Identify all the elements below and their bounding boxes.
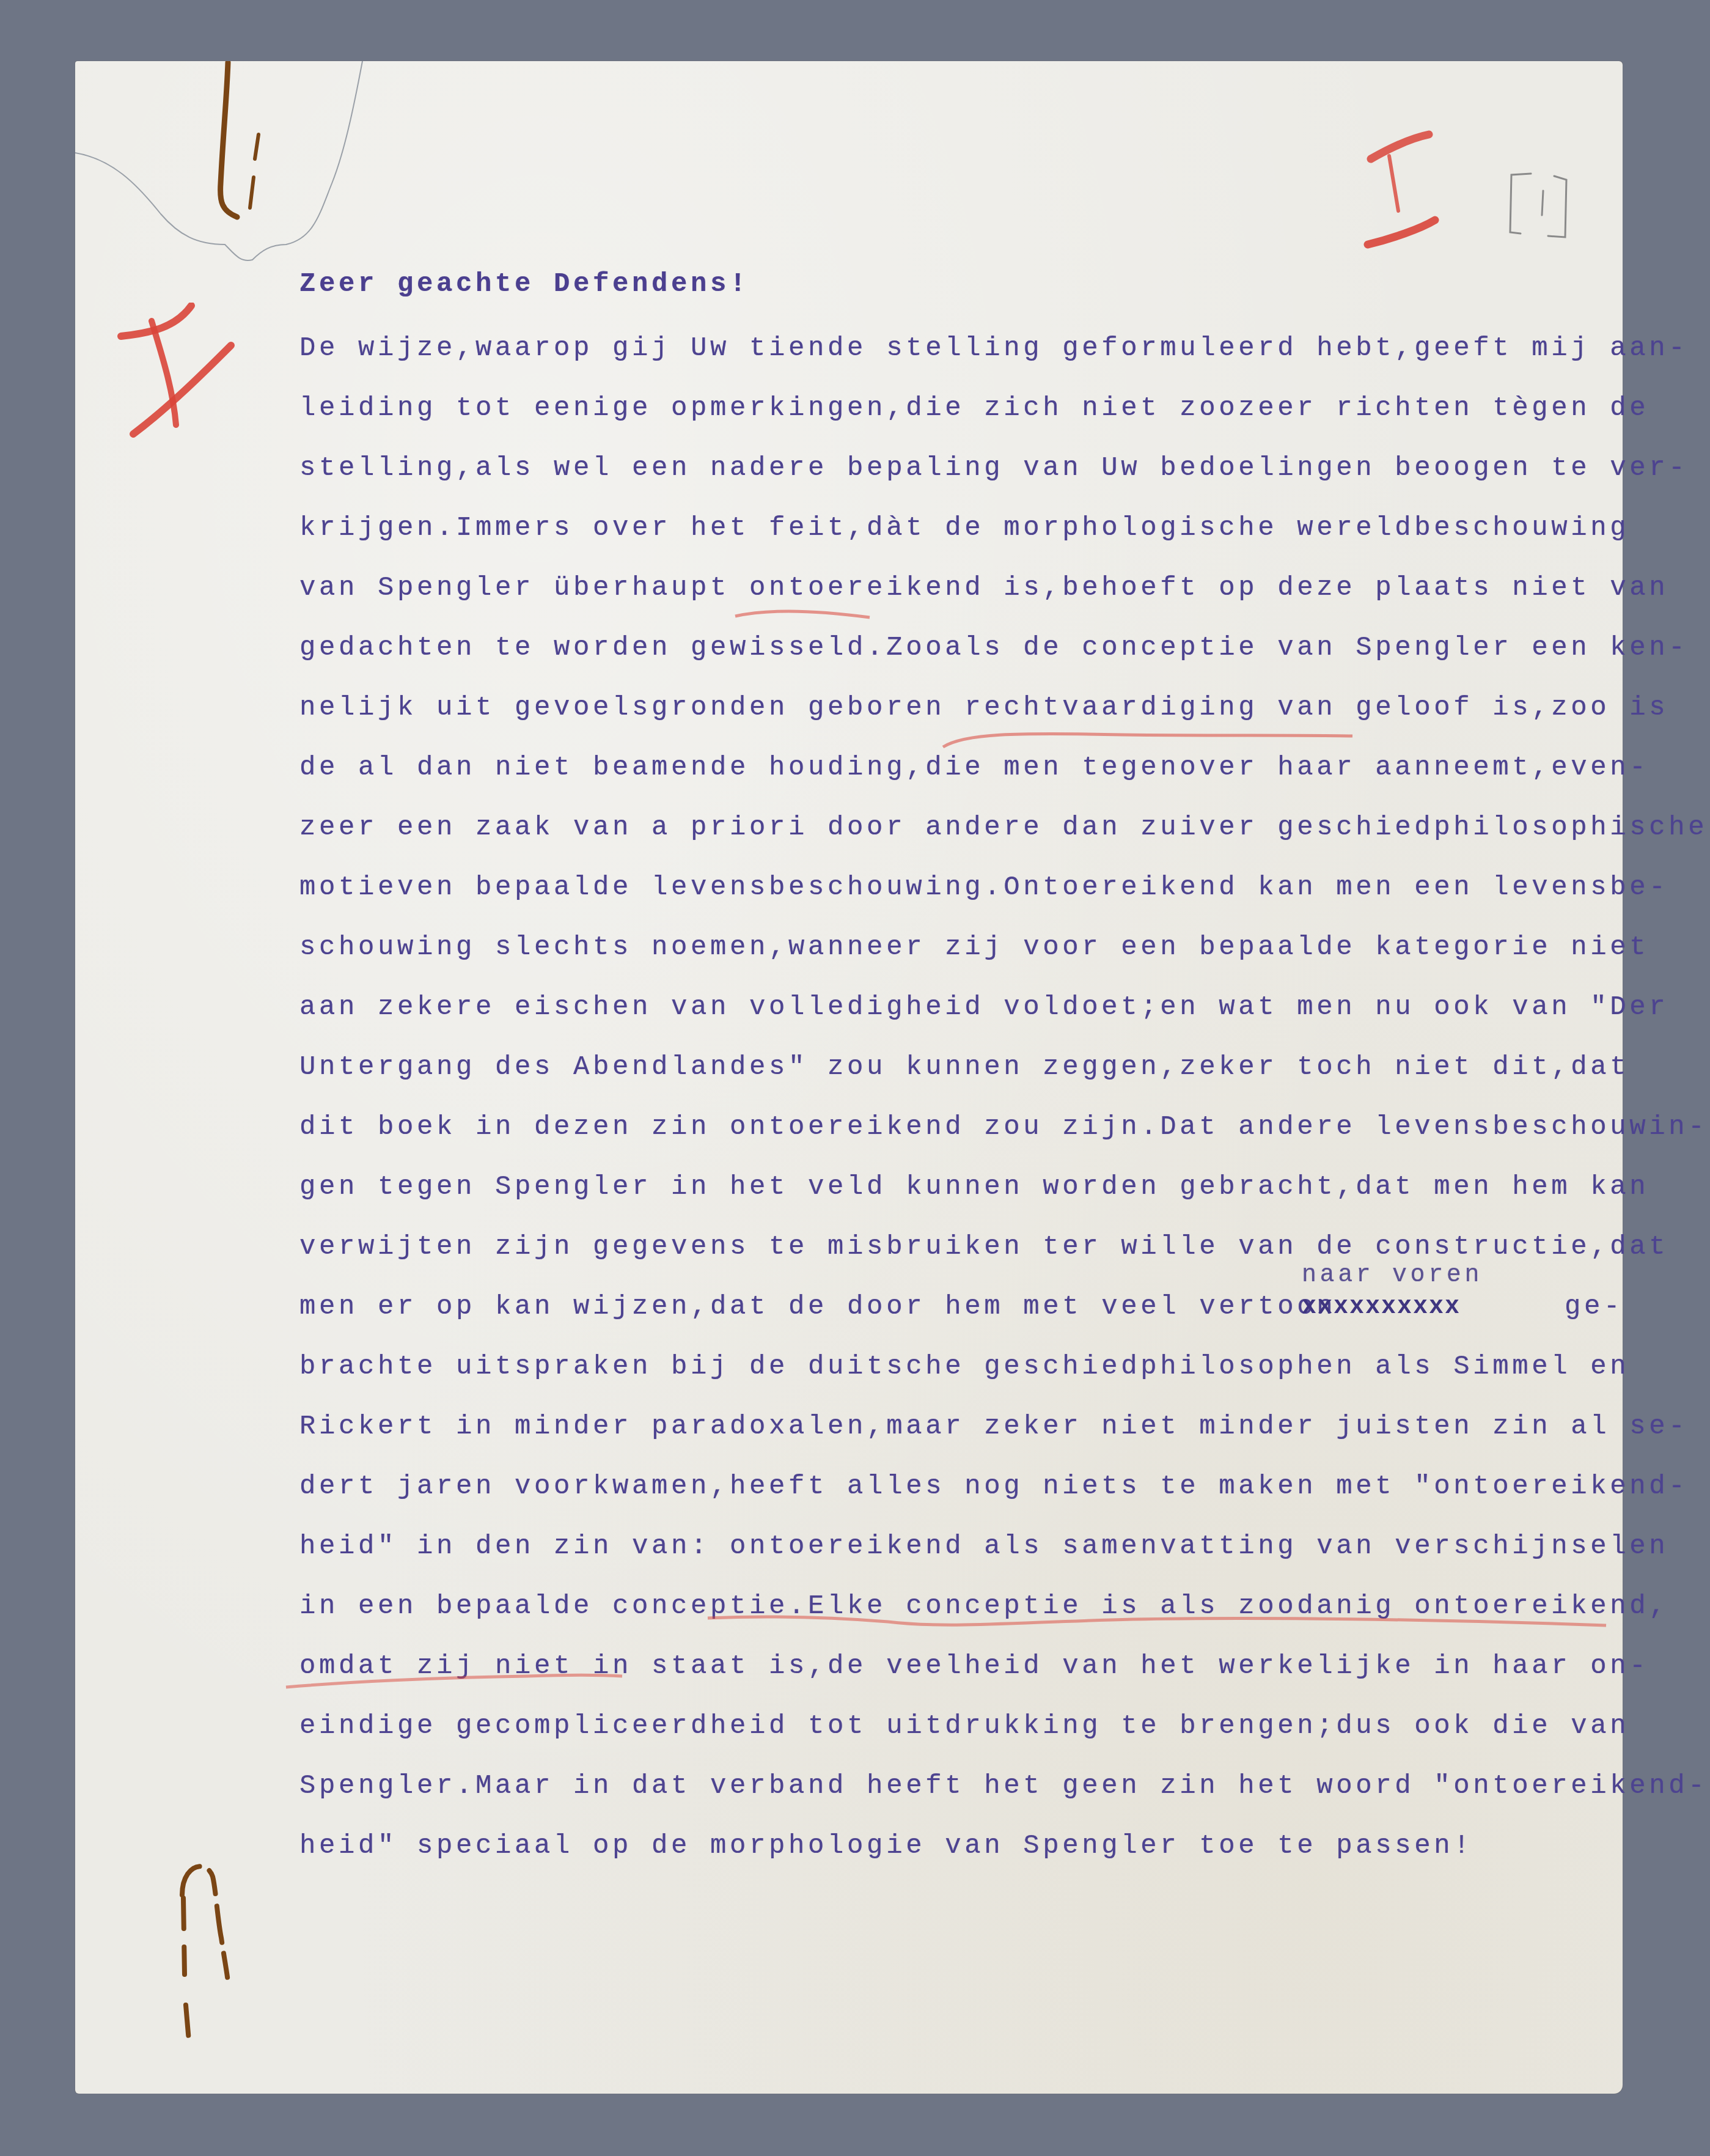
text-line: heid" in den zin van: ontoereikend als s… — [299, 1531, 1668, 1562]
red-underline-conceptie — [283, 1669, 625, 1693]
rust-staple-mark-bottom — [170, 1852, 243, 2054]
text-line: De wijze,waarop gij Uw tiende stelling g… — [299, 333, 1688, 364]
text-line: eindige gecompliceerdheid tot uitdrukkin… — [299, 1711, 1629, 1742]
red-underline-ontoereikend — [732, 605, 873, 624]
interlinear-insertion: naar voren — [1302, 1260, 1483, 1291]
text-line: Spengler.Maar in dat verband heeft het g… — [299, 1771, 1708, 1801]
text-line: brachte uitspraken bij de duitsche gesch… — [299, 1352, 1629, 1382]
text-line: leiding tot eenige opmerkingen,die zich … — [299, 393, 1649, 424]
red-underline-rechtvaardiging — [940, 727, 1356, 752]
text-line: nelijk uit gevoelsgronden geboren rechtv… — [299, 693, 1668, 723]
text-line: de al dan niet beamende houding,die men … — [299, 752, 1649, 783]
pencil-page-number — [1505, 165, 1579, 251]
text-line: men er op kan wijzen,dat de door hem met… — [299, 1292, 1336, 1322]
red-underline-samenvatting — [705, 1611, 1609, 1635]
text-line: krijgen.Immers over het feit,dàt de morp… — [299, 513, 1629, 543]
red-crayon-mark-left — [115, 303, 249, 449]
text-line: schouwing slechts noemen,wanneer zij voo… — [299, 932, 1649, 963]
struck-out-word: xxxxxxxxxx — [1302, 1293, 1461, 1321]
text-line: aan zekere eischen van volledigheid vold… — [299, 992, 1668, 1023]
rust-staple-mark-top — [210, 61, 283, 245]
text-line: van Spengler überhaupt ontoereikend is,b… — [299, 573, 1668, 603]
text-line: motieven bepaalde levensbeschouwing.Onto… — [299, 872, 1668, 903]
text-line: Rickert in minder paradoxalen,maar zeker… — [299, 1411, 1688, 1442]
paper-sheet: Zeer geachte Defendens! De wijze,waarop … — [75, 61, 1623, 2094]
salutation: Zeer geachte Defendens! — [299, 269, 749, 300]
text-line: stelling,als wel een nadere bepaling van… — [299, 453, 1688, 484]
text-line: dit boek in dezen zin ontoereikend zou z… — [299, 1112, 1708, 1142]
text-line: gen tegen Spengler in het veld kunnen wo… — [299, 1172, 1649, 1202]
text-line: dert jaren voorkwamen,heeft alles nog ni… — [299, 1471, 1688, 1502]
text-line: gedachten te worden gewisseld.Zooals de … — [299, 633, 1688, 663]
text-line: heid" speciaal op de morphologie van Spe… — [299, 1831, 1473, 1861]
text-line: Untergang des Abendlandes" zou kunnen ze… — [299, 1052, 1629, 1083]
text-line-tail: ge- — [1565, 1292, 1623, 1322]
text-line: zeer een zaak van a priori door andere d… — [299, 812, 1708, 843]
red-crayon-mark-top — [1362, 122, 1453, 257]
text-line: verwijten zijn gegevens te misbruiken te… — [299, 1232, 1668, 1262]
